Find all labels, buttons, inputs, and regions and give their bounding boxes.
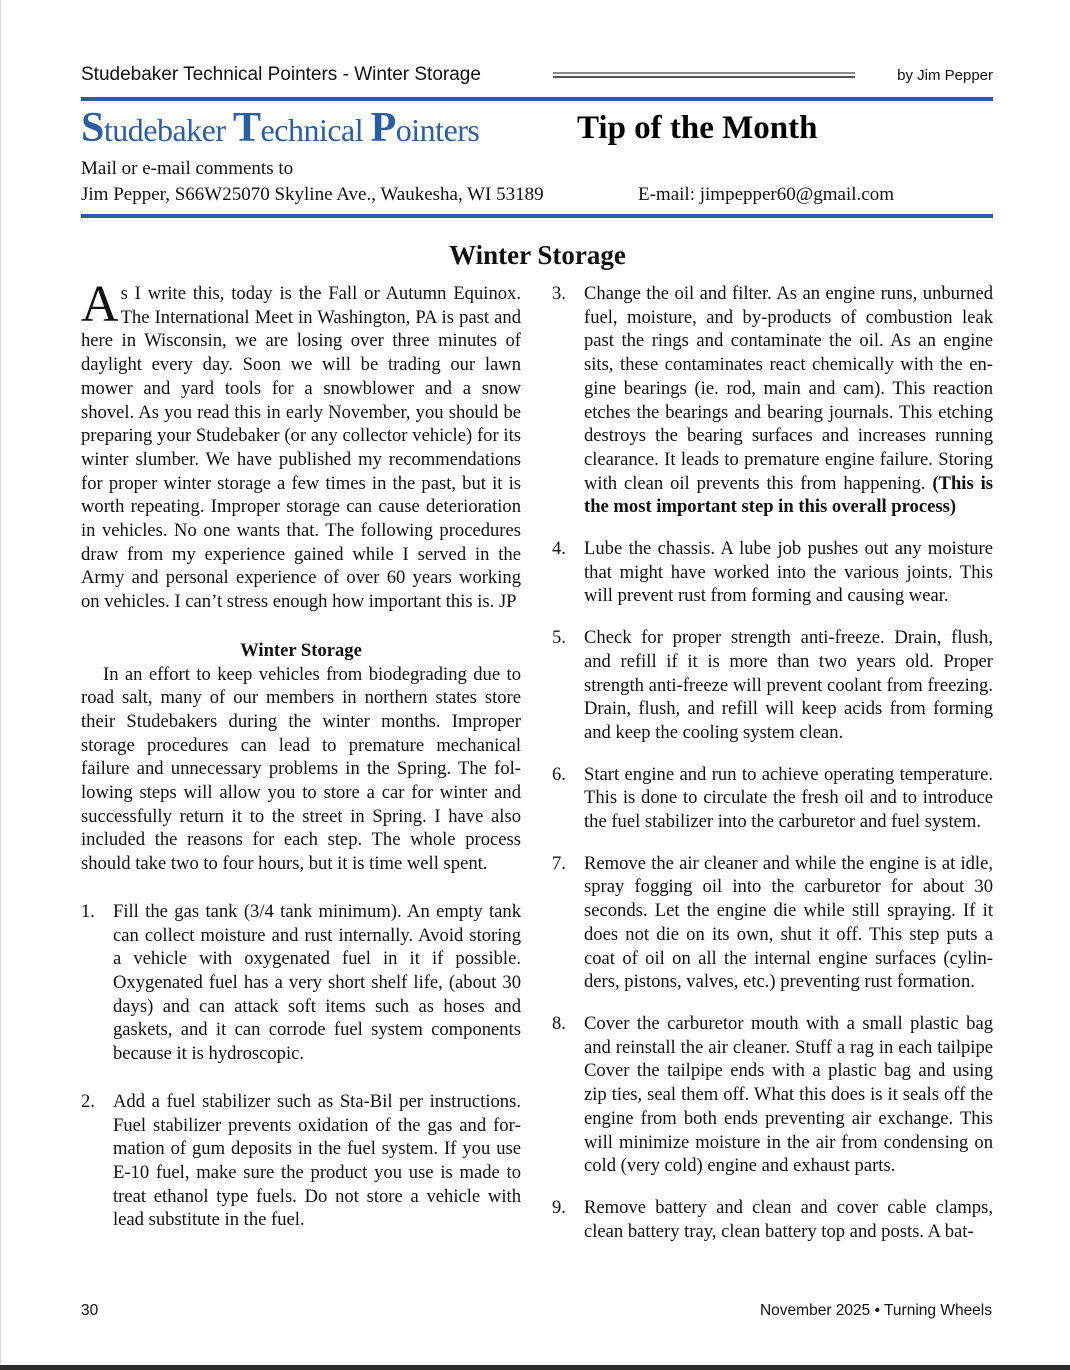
double-rule-divider — [553, 72, 855, 78]
issue-line: November 2025 • Turning Wheels — [760, 1302, 992, 1320]
intro-paragraph: As I write this, today is the Fall or Au… — [81, 282, 521, 614]
blue-divider-top — [81, 97, 993, 101]
step-item: 7.Remove the air cleaner and while the e… — [552, 852, 993, 994]
step-number: 7. — [552, 852, 566, 876]
section-subheading: Winter Storage — [81, 639, 521, 663]
step-text: Cover the carburetor mouth with a small … — [584, 1013, 993, 1176]
step-number: 9. — [552, 1196, 566, 1220]
step-item: 6.Start engine and run to achieve operat… — [552, 763, 993, 834]
left-column: As I write this, today is the Fall or Au… — [81, 282, 521, 1232]
masthead: Studebaker Technical Pointers Tip of the… — [81, 104, 993, 154]
step-item: 2.Add a fuel stabilizer such as Sta-Bil … — [81, 1090, 521, 1232]
intro-text: s I write this, today is the Fall or Aut… — [81, 283, 521, 612]
step-text: Remove the air cleaner and while the eng… — [584, 853, 993, 993]
brand-word: tudebaker — [104, 112, 233, 148]
brand-initial: S — [81, 105, 104, 151]
running-head-title: Studebaker Technical Pointers - Winter S… — [81, 64, 481, 86]
contact-info: Mail or e-mail comments to Jim Pepper, S… — [81, 156, 993, 208]
contact-intro: Mail or e-mail comments to — [81, 156, 993, 182]
steps-list: 1.Fill the gas tank (3/4 tank minimum). … — [81, 900, 521, 1232]
step-item: 4.Lube the chassis. A lube job pushes ou… — [552, 537, 993, 608]
step-item: 9.Remove battery and clean and cover cab… — [552, 1196, 993, 1243]
brand-initial: P — [371, 105, 396, 151]
brand-initial: T — [233, 105, 261, 151]
step-number: 1. — [81, 900, 95, 924]
step-number: 5. — [552, 626, 566, 650]
mailing-address: Jim Pepper, S66W25070 Skyline Ave., Wauk… — [81, 184, 544, 205]
step-text: Start engine and run to achieve operatin… — [584, 764, 993, 832]
page-edge — [0, 0, 1, 1364]
window-bottom-edge — [0, 1365, 1070, 1370]
step-item: 3.Change the oil and filter. As an engin… — [552, 282, 993, 519]
step-number: 4. — [552, 537, 566, 561]
column-brand-title: Studebaker Technical Pointers — [81, 104, 479, 152]
brand-word: ointers — [396, 112, 480, 148]
email-link[interactable]: E-mail: jimpepper60@gmail.com — [638, 182, 894, 208]
step-item: 5.Check for proper strength anti-freeze.… — [552, 626, 993, 745]
brand-word: echnical — [261, 112, 371, 148]
blue-divider-bottom — [81, 214, 993, 218]
step-number: 3. — [552, 282, 566, 306]
step-text: Check for proper strength anti-freeze. D… — [584, 627, 993, 743]
tip-of-the-month-heading: Tip of the Month — [577, 110, 818, 147]
step-item: 8.Cover the carburetor mouth with a smal… — [552, 1012, 993, 1178]
page-number: 30 — [81, 1302, 98, 1320]
right-column: 3.Change the oil and filter. As an engin… — [552, 282, 993, 1243]
step-text: Add a fuel stabilizer such as Sta-Bil pe… — [113, 1091, 521, 1231]
body-paragraph: In an effort to keep vehicles from biode… — [81, 663, 521, 876]
steps-list: 3.Change the oil and filter. As an engin… — [552, 282, 993, 1243]
step-text: Lube the chassis. A lube job pushes out … — [584, 538, 993, 606]
step-number: 8. — [552, 1012, 566, 1036]
step-number: 2. — [81, 1090, 95, 1114]
step-item: 1.Fill the gas tank (3/4 tank minimum). … — [81, 900, 521, 1066]
drop-cap: A — [81, 285, 119, 325]
running-head: Studebaker Technical Pointers - Winter S… — [81, 64, 993, 88]
byline: by Jim Pepper — [897, 67, 993, 84]
article-title: Winter Storage — [0, 240, 1070, 271]
step-text: Change the oil and filter. As an engine … — [584, 283, 993, 494]
step-text: Fill the gas tank (3/4 tank minimum). An… — [113, 901, 521, 1064]
step-text: Remove battery and clean and cover cable… — [584, 1197, 993, 1242]
step-number: 6. — [552, 763, 566, 787]
